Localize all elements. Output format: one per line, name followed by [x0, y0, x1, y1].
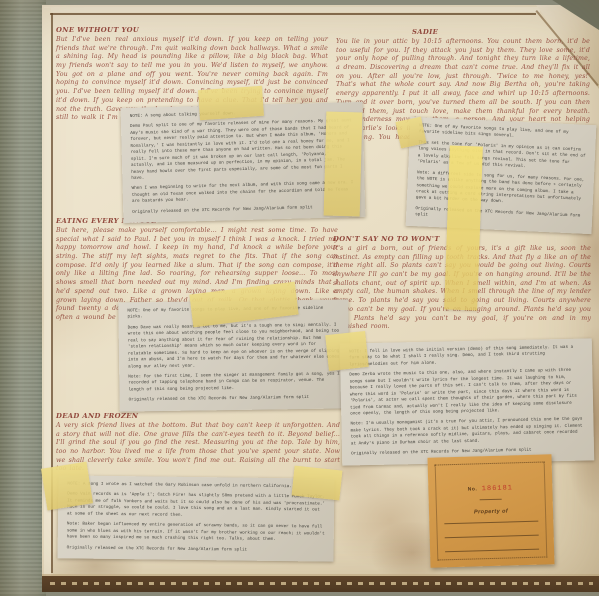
card-write-line: [445, 549, 539, 553]
card-write-line: [445, 535, 539, 539]
record-sleeve-photo: ONE WITHOUT YOU But I'd've been real anx…: [0, 0, 599, 596]
song-title: SADIE: [412, 28, 590, 36]
masking-tape: [324, 112, 363, 217]
library-property-card: No. 186181 Property of: [427, 454, 554, 567]
masking-tape: [325, 331, 369, 371]
card-dotted-border: No. 186181 Property of: [435, 461, 548, 560]
note-paragraph: Note: Baker began influenced my entire g…: [67, 522, 325, 544]
note-header: NOTE: I fell in love with the initial ve…: [349, 345, 583, 369]
note-paragraph: Demo Zerba wrote the music to this one, …: [349, 368, 584, 418]
masking-tape: [198, 86, 264, 120]
note-paragraph: Demo Paul split to one of my favorite re…: [130, 119, 355, 183]
note-paragraph: Note: a different side to song for us, f…: [416, 170, 585, 210]
note-paragraph: This set the tone for 'Polaris' in my op…: [417, 140, 586, 173]
note-paragraph: Note: For the first time, I seem the sin…: [128, 371, 340, 393]
note-paragraph: Demo Dave was really meant a lot to me, …: [128, 322, 341, 370]
card-property-of-label: Property of: [437, 507, 545, 516]
masking-tape: [41, 462, 93, 511]
card-serial-number: 186181: [482, 484, 513, 493]
masking-tape: [444, 145, 483, 310]
note-footer: Originally released on the XTC Records f…: [129, 395, 341, 404]
masking-tape: [292, 466, 343, 501]
bottom-leather-band: [42, 576, 599, 592]
note-header: NOTE: A song I wrote as I watched the Ga…: [67, 481, 325, 491]
stitching: [50, 582, 593, 585]
typed-note-dont-say-no: NOTE: I fell in love with the initial ve…: [340, 338, 594, 465]
card-write-line: [444, 521, 538, 525]
card-no-label: No.: [468, 486, 478, 492]
drawn-border-top: [50, 13, 536, 15]
note-paragraph: Note: I'm usually monogamist (it's a tru…: [350, 417, 584, 448]
note-paragraph: Demo Vain records as is 'Apple 1'; Catch…: [67, 492, 325, 521]
sleeve-cloth-spine: [0, 0, 46, 596]
typed-note-sadie: NOTE: One of my favorite songs to play l…: [406, 117, 597, 234]
song-title: ONE WITHOUT YOU: [56, 26, 328, 34]
card-number-row: No. 186181: [436, 476, 544, 497]
paper-top-edge: [44, 7, 540, 12]
note-paragraph: When I was beginning to write for the ne…: [132, 180, 356, 205]
card-divider-dash: [480, 499, 502, 501]
note-footer: Originally released on the XTC Records f…: [67, 545, 325, 555]
note-footer: Originally released on the XTC Records f…: [415, 206, 583, 226]
song-title: DEAD AND FROZEN: [56, 412, 340, 420]
handwritten-section-dead-and-frozen: DEAD AND FROZEN A very sick friend lives…: [56, 412, 340, 474]
masking-tape: [395, 117, 426, 149]
